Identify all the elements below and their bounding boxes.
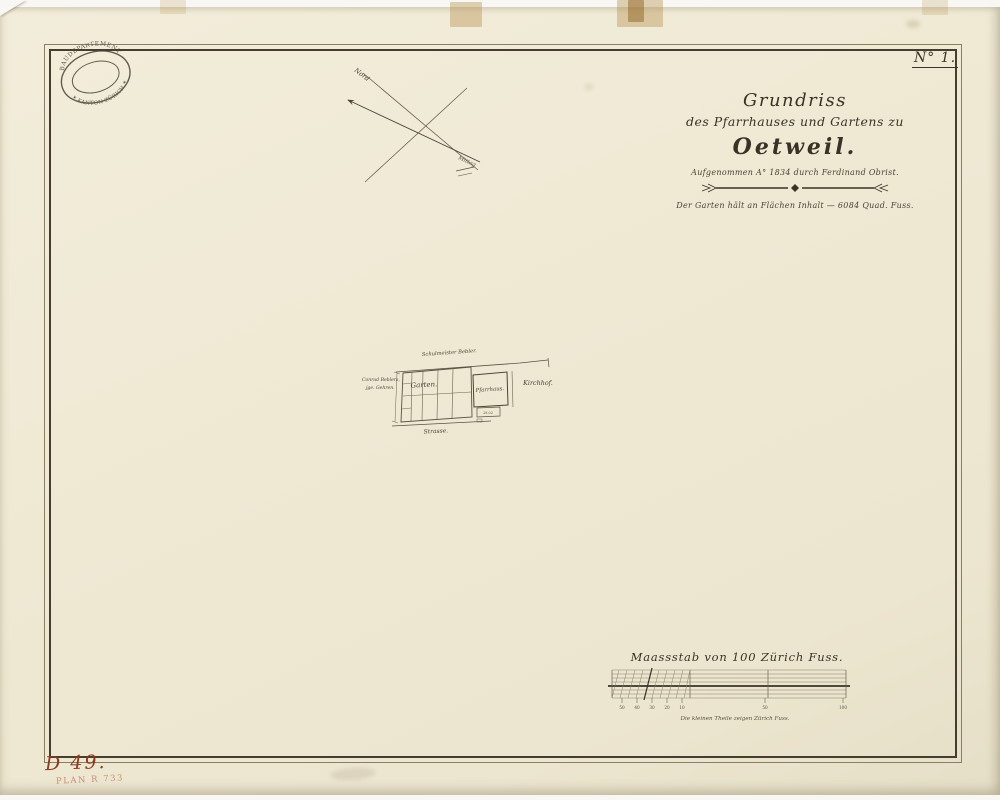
title-block: Grundriss des Pfarrhauses und Gartens zu… — [660, 90, 930, 210]
compass-line-cross — [365, 88, 467, 182]
east-boundary-line — [512, 371, 513, 407]
compass-arrow-line — [348, 100, 480, 162]
tape-stain — [160, 0, 186, 14]
scale-gridlines — [612, 670, 846, 698]
compass-north-label: Nord — [352, 66, 371, 83]
title-place: Oetweil. — [660, 134, 930, 160]
archive-d-number: D 49. — [45, 751, 107, 775]
garden-bed-line — [422, 371, 423, 420]
scale-tick-label: 30 — [649, 705, 655, 710]
scale-tick-label: 100 — [839, 705, 847, 710]
tape-stain — [628, 0, 644, 22]
west-neighbor-label-2: jge. Gehren. — [365, 385, 395, 391]
scale-tick-label: 50 — [619, 705, 625, 710]
scale-heavy-diagonal — [644, 668, 652, 700]
sheet-number-prefix: N — [914, 50, 927, 66]
sheet-number-value: ° 1. — [927, 50, 956, 66]
paper-corner-fold — [0, 0, 26, 16]
scale-bar: Maassstab von 100 Zürich Fuss. — [602, 648, 872, 728]
scale-tick-label: 50 — [762, 705, 768, 710]
strasse-label: Strasse. — [423, 427, 448, 435]
compass-south-label: Mittag — [456, 155, 477, 169]
annex-dimension-label: 28.02 — [483, 411, 493, 415]
title-grundriss: Grundriss — [660, 90, 930, 111]
garden-bed-line — [403, 392, 471, 396]
kirchhof-label: Kirchhof. — [522, 379, 553, 387]
scale-caption: Die kleinen Theile zeigen Zürich Fuss. — [679, 716, 789, 722]
stamp-inner-ring — [68, 56, 123, 99]
title-area-note: Der Garten hält an Flächen Inhalt — 6084… — [660, 201, 930, 210]
scale-tick-label: 40 — [634, 705, 640, 710]
pfarrhaus-label: Pfarrhaus. — [474, 386, 504, 394]
scale-title: Maassstab von 100 Zürich Fuss. — [630, 650, 844, 664]
garden-bed-line — [411, 372, 412, 421]
scale-ticks — [622, 698, 843, 703]
compass-hatch — [458, 173, 472, 176]
title-subject: des Pfarrhauses und Gartens zu — [660, 114, 930, 129]
garden-bed-line — [437, 370, 438, 419]
tape-stain — [922, 0, 948, 15]
plan-north-boundary — [396, 360, 548, 372]
garden-bed-line — [452, 369, 453, 419]
parcel-plan: Schulmeister Bebler. Conrad Beblers, jge… — [360, 345, 570, 440]
scale-tick-labels: 50 40 30 20 10 50 100 — [619, 705, 847, 710]
compass-hatch — [456, 167, 474, 171]
tape-stain — [450, 2, 482, 27]
west-neighbor-label-1: Conrad Beblers, — [362, 377, 400, 383]
compass-sketch: Nord Mittag — [330, 55, 500, 195]
sheet-number: N° 1. — [900, 50, 970, 68]
garden-bed-line — [402, 408, 411, 409]
north-neighbor-label: Schulmeister Bebler. — [422, 348, 478, 358]
title-survey-note: Aufgenommen A° 1834 durch Ferdinand Obri… — [660, 168, 930, 177]
scale-tick-label: 20 — [664, 705, 670, 710]
title-divider-ornament — [660, 182, 930, 194]
scale-tick-label: 10 — [679, 705, 685, 710]
stain-spot — [906, 20, 920, 28]
plan-boundary-tick — [548, 358, 549, 367]
garden-label: Garten. — [410, 380, 437, 389]
